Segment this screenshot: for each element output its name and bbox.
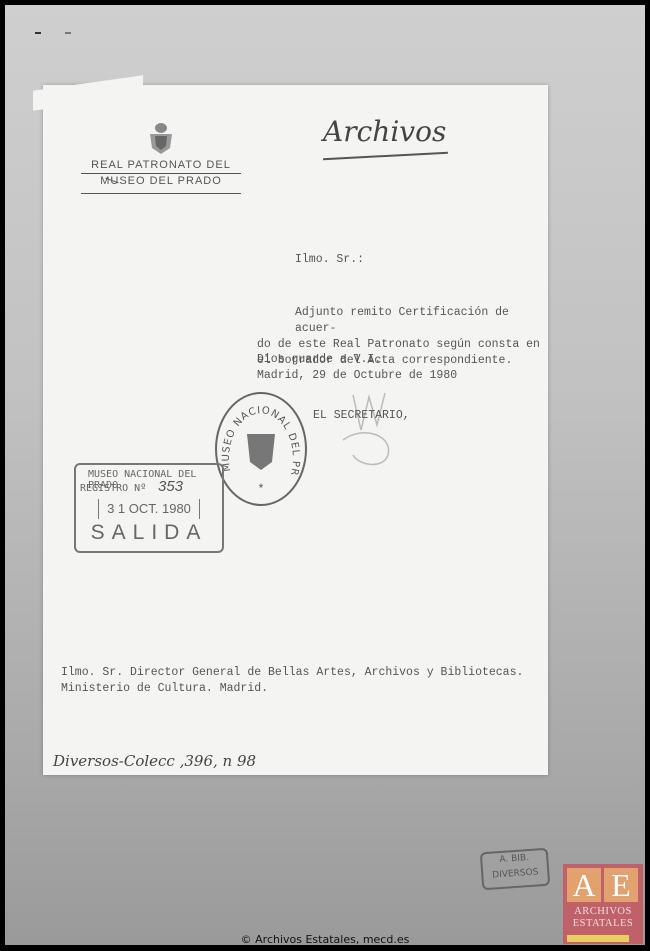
handwritten-reference: Diversos-Colecc ,396, n 98 — [53, 752, 256, 770]
logo-line1: ARCHIVOS — [563, 906, 643, 918]
handwritten-underline — [323, 152, 448, 161]
stamp-type: SALIDA — [76, 521, 222, 545]
closing-line: Dios guarde a V.I. — [257, 352, 457, 368]
letterhead-line2: MUSEO DEL PRADO — [81, 174, 241, 194]
letterhead-line1: REAL PATRONATO DEL — [81, 158, 241, 174]
eagle-crest-icon — [247, 434, 275, 470]
copyright-footer: © Archivos Estatales, mecd.es — [0, 933, 650, 946]
closing-date: Madrid, 29 de Octubre de 1980 — [257, 368, 457, 384]
handwritten-title: Archivos — [323, 115, 446, 148]
logo-letter-e: E — [604, 868, 638, 902]
archivos-estatales-logo: A E ARCHIVOS ESTATALES — [563, 864, 643, 944]
seal-star: * — [259, 481, 264, 495]
oval-seal: MUSEO NACIONAL DEL PRADO * — [215, 392, 307, 506]
stamp-registro-label: REGISTRO Nº — [80, 483, 146, 494]
body-line: do de este Real Patronato según consta e… — [257, 337, 547, 353]
signer-title: EL SECRETARIO, — [313, 409, 410, 422]
body-line: Adjunto remito Certificación de acuer- — [257, 305, 547, 337]
addressee: Ilmo. Sr. Director General de Bellas Art… — [61, 665, 523, 697]
coat-of-arms-icon — [146, 120, 176, 156]
letter-sheet: REAL PATRONATO DEL MUSEO DEL PRADO Archi… — [43, 85, 548, 775]
stamp-registro-number: 353 — [158, 478, 183, 495]
signature — [313, 385, 423, 475]
stamp-date: 3 1 OCT. 1980 — [98, 499, 200, 519]
logo-letter-a: A — [567, 868, 601, 902]
archive-stamp-line2: DIVERSOS — [483, 865, 548, 884]
logo-line2: ESTATALES — [563, 918, 643, 930]
scan-marks — [35, 32, 75, 36]
addressee-line: Ministerio de Cultura. Madrid. — [61, 681, 523, 697]
archive-stamp: A. BIB. DIVERSOS — [480, 848, 550, 891]
seal-graphic: MUSEO NACIONAL DEL PRADO * — [217, 394, 305, 504]
addressee-line: Ilmo. Sr. Director General de Bellas Art… — [61, 665, 523, 681]
scanned-page: REAL PATRONATO DEL MUSEO DEL PRADO Archi… — [5, 5, 645, 945]
register-stamp: MUSEO NACIONAL DEL PRADO REGISTRO Nº 353… — [74, 463, 224, 553]
closing: Dios guarde a V.I. Madrid, 29 de Octubre… — [257, 352, 457, 384]
letterhead: REAL PATRONATO DEL MUSEO DEL PRADO — [81, 120, 241, 194]
salutation: Ilmo. Sr.: — [295, 253, 364, 266]
